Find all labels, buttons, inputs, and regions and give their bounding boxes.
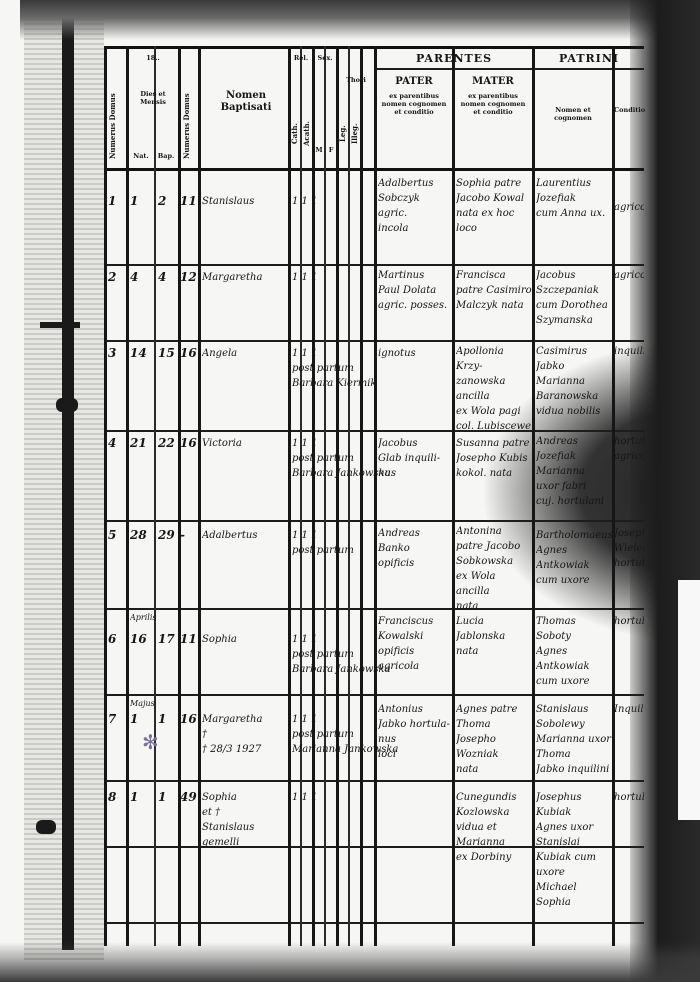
baptisati-name: Sophia et † Stanislaus gemelli [202,790,288,850]
header-pater: PATER [376,76,452,88]
scan-shadow-top [20,0,700,40]
baptisati-name: Victoria [202,436,288,451]
header-legit: Leg. [338,106,348,162]
baptisati-name: Angela [202,346,288,361]
paper-edge-tab [676,580,700,820]
header-cath: Cath. [290,106,300,162]
binding-mark [40,322,80,328]
header-numerus: Numerus Domus [108,86,122,166]
month-label: Aprilis [130,610,178,625]
binding-edge [62,10,74,950]
baptisati-name: Stanislaus [202,194,288,209]
header-domus: Numerus Domus [182,86,196,166]
header-bap: Bap. [154,152,178,160]
baptisati-name: Margaretha [202,270,288,285]
header-pater-sub: ex parentibus nomen cognomen et conditio [378,92,450,116]
header-acath: Acath. [302,106,312,162]
binding-mark [56,398,78,412]
baptisati-name: Adalbertus [202,528,288,543]
header-sexus: Sex. [314,54,336,62]
header-masc: M [314,146,324,154]
binding-mark [36,820,56,834]
header-nat: Nat. [128,152,154,160]
header-year: 18.. [128,54,178,62]
register-table: Numerus Domus 18.. Dies et Mensis Nat. B… [104,46,644,946]
header-mater: MATER [454,76,532,88]
header-mater-sub: ex parentibus nomen cognomen et conditio [456,92,530,116]
header-nomen-baptisati: Nomen Baptisati [204,90,288,114]
header-fem: F [326,146,336,154]
scan-shadow-bottom [0,942,700,982]
scan-shadow-right [630,0,700,982]
header-illeg: Illeg. [350,106,360,162]
baptisati-name: Margaretha † † 28/3 1927 [202,712,288,757]
header-thori: Thori [338,76,374,84]
header-parentes: PARENTES [376,52,532,65]
margin-star-mark: ✻ [142,730,159,754]
header-religio: Rel. [290,54,312,62]
header-patrini: PATRINI [534,52,644,65]
baptisati-name: Sophia [202,632,288,647]
header-dies-mensis: Dies et Mensis [128,90,178,106]
month-label: Majus [130,696,178,711]
header-patrini-sub: Nomen et cognomen [536,106,610,122]
